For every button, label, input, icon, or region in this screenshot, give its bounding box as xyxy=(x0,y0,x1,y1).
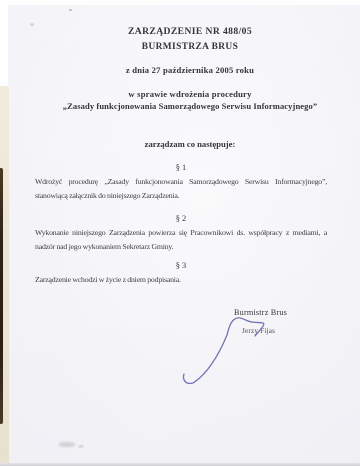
scan-artifact xyxy=(69,9,72,11)
section-3-text: Zarządzenie wchodzi w życie z dniem podp… xyxy=(35,273,327,287)
document-preamble: zarządzam co następuje: xyxy=(40,139,340,149)
document-date: z dnia 27 października 2005 roku xyxy=(40,65,340,75)
document-title-line2: BURMISTRZA BRUS xyxy=(40,42,340,52)
handwritten-signature xyxy=(178,313,273,399)
section-2-mark: § 2 xyxy=(35,214,327,223)
document-title-line1: ZARZĄDZENIE NR 488/05 xyxy=(40,26,340,37)
document-subject-line2: „Zasady funkcjonowania Samorządowego Ser… xyxy=(40,101,340,111)
scan-artifact xyxy=(78,445,84,448)
section-1-mark: § 1 xyxy=(35,163,327,172)
section-1-text: Wdrożyć procedurę „Zasady funkcjonowania… xyxy=(35,175,327,202)
scanned-document-page: ZARZĄDZENIE NR 488/05 BURMISTRZA BRUS z … xyxy=(0,0,360,466)
scan-artifact xyxy=(30,23,34,26)
document-subject-line1: w sprawie wdrożenia procedury xyxy=(40,89,340,99)
section-2-text: Wykonanie niniejszego Zarządzenia powier… xyxy=(35,226,327,253)
scan-edge-left-dark xyxy=(0,168,3,424)
section-3-mark: § 3 xyxy=(35,261,327,270)
scan-artifact xyxy=(59,442,75,447)
